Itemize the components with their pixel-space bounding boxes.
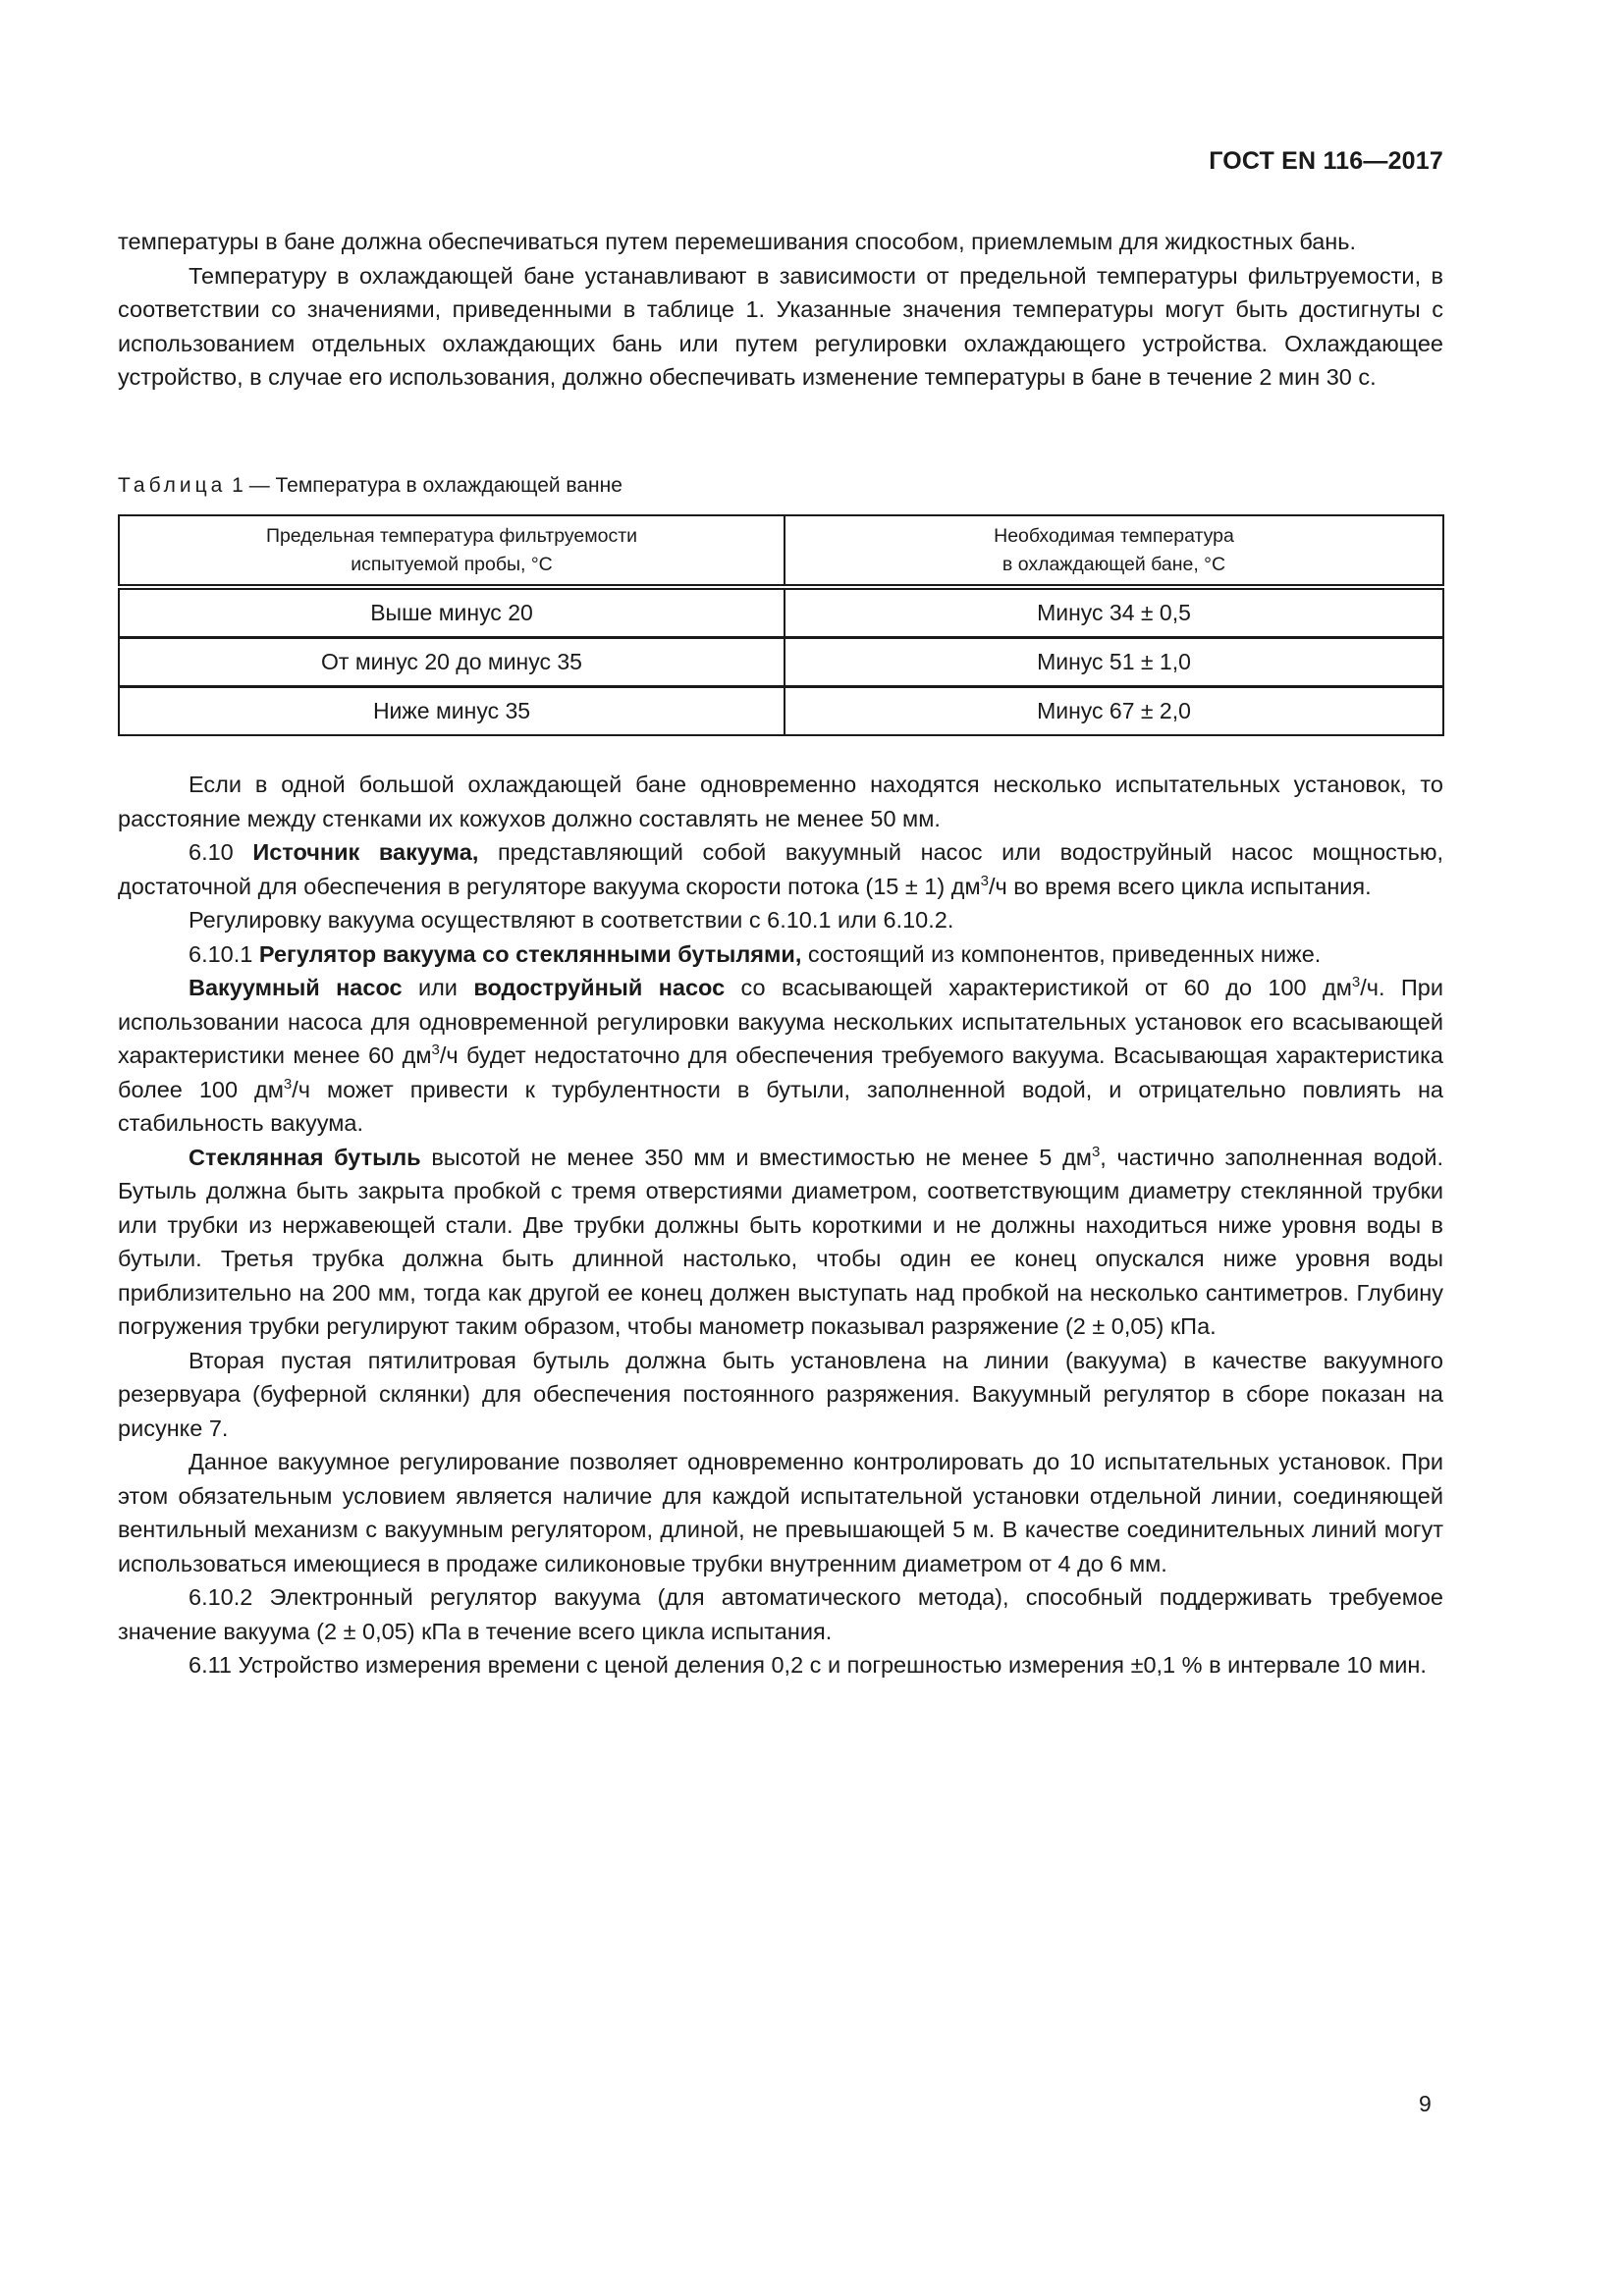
paragraph-vacuum-pump: Вакуумный насос или водоструйный насос с… xyxy=(118,971,1443,1141)
page-number: 9 xyxy=(1419,2091,1432,2117)
header-line: испытуемой пробы, °С xyxy=(351,554,552,575)
intro-text: температуры в бане должна обеспечиваться… xyxy=(118,225,1443,395)
text: /ч может привести к турбулентности в бут… xyxy=(118,1077,1443,1137)
section-6-10-1: 6.10.1 Регулятор вакуума со стеклянными … xyxy=(118,937,1443,972)
section-number: 6.10 xyxy=(189,839,252,865)
table-caption-title: 1 — Температура в охлаждающей ванне xyxy=(226,474,623,497)
table-cell: Минус 67 ± 2,0 xyxy=(785,687,1443,736)
superscript: 3 xyxy=(284,1076,292,1093)
paragraph-multiple-setups: Если в одной большой охлаждающей бане од… xyxy=(118,768,1443,835)
section-term: Источник вакуума, xyxy=(252,839,478,865)
superscript: 3 xyxy=(431,1041,439,1058)
term-vacuum-pump: Вакуумный насос xyxy=(189,975,403,1000)
table-row: Выше минус 20 Минус 34 ± 0,5 xyxy=(119,587,1443,638)
section-6-10: 6.10 Источник вакуума, представляющий со… xyxy=(118,835,1443,903)
paragraph-bath-mixing: температуры в бане должна обеспечиваться… xyxy=(118,225,1443,259)
text: , частично заполненная водой. Бутыль дол… xyxy=(118,1145,1443,1340)
paragraph-regulation: Регулировку вакуума осуществляют в соотв… xyxy=(118,903,1443,937)
section-6-10-2: 6.10.2 Электронный регулятор вакуума (дл… xyxy=(118,1580,1443,1648)
section-text: состоящий из компонентов, приведенных ни… xyxy=(801,941,1321,967)
section-number: 6.10.1 xyxy=(189,941,259,967)
term-water-jet-pump: водоструйный насос xyxy=(473,975,725,1000)
superscript: 3 xyxy=(1352,974,1360,990)
table-header-row: Предельная температура фильтруемости исп… xyxy=(119,515,1443,587)
temperature-table: Предельная температура фильтруемости исп… xyxy=(118,514,1444,736)
header-line: Необходимая температура xyxy=(994,525,1234,547)
document-code-header: ГОСТ EN 116—2017 xyxy=(1209,147,1443,176)
table-cell: Минус 34 ± 0,5 xyxy=(785,587,1443,638)
text: или xyxy=(403,975,474,1000)
paragraph-glass-bottle: Стеклянная бутыль высотой не менее 350 м… xyxy=(118,1141,1443,1344)
superscript: 3 xyxy=(981,873,989,889)
table-cell: Ниже минус 35 xyxy=(119,687,785,736)
paragraph-second-bottle: Вторая пустая пятилитровая бутыль должна… xyxy=(118,1344,1443,1446)
paragraph-vacuum-control: Данное вакуумное регулирование позволяет… xyxy=(118,1445,1443,1580)
table-caption: Таблица 1 — Температура в охлаждающей ва… xyxy=(118,474,623,498)
section-text: /ч во время всего цикла испытания. xyxy=(989,874,1372,899)
table-header-filter-temp: Предельная температура фильтруемости исп… xyxy=(119,515,785,587)
table-row: Ниже минус 35 Минус 67 ± 2,0 xyxy=(119,687,1443,736)
table-header-bath-temp: Необходимая температура в охлаждающей ба… xyxy=(785,515,1443,587)
table-caption-label: Таблица xyxy=(118,474,226,497)
text: высотой не менее 350 мм и вместимостью н… xyxy=(421,1145,1092,1170)
body-text: Если в одной большой охлаждающей бане од… xyxy=(118,768,1443,1682)
table-cell: От минус 20 до минус 35 xyxy=(119,638,785,687)
table-cell: Минус 51 ± 1,0 xyxy=(785,638,1443,687)
section-term: Регулятор вакуума со стеклянными бутылям… xyxy=(259,941,802,967)
paragraph-bath-temperature: Температуру в охлаждающей бане устанавли… xyxy=(118,259,1443,395)
table-cell: Выше минус 20 xyxy=(119,587,785,638)
header-line: Предельная температура фильтруемости xyxy=(266,525,637,547)
text: со всасывающей характеристикой от 60 до … xyxy=(725,975,1352,1000)
header-line: в охлаждающей бане, °С xyxy=(1002,554,1225,575)
table-row: От минус 20 до минус 35 Минус 51 ± 1,0 xyxy=(119,638,1443,687)
term-glass-bottle: Стеклянная бутыль xyxy=(189,1145,421,1170)
section-6-11: 6.11 Устройство измерения времени с цено… xyxy=(118,1648,1443,1682)
